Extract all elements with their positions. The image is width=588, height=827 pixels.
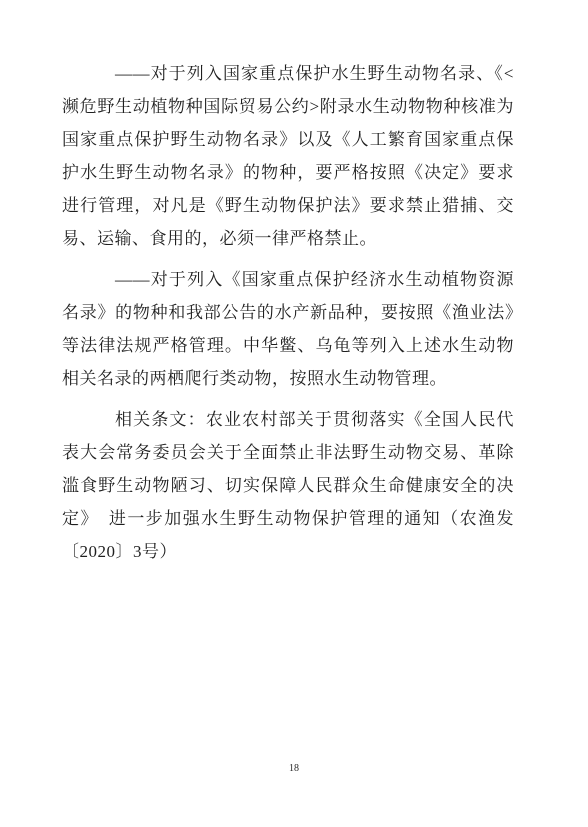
paragraph-protected-species-list: ——对于列入国家重点保护水生野生动物名录、《<濒危野生动植物种国际贸易公约>附录… xyxy=(62,57,514,255)
paragraph-related-provisions: 相关条文：农业农村部关于贯彻落实《全国人民代表大会常务委员会关于全面禁止非法野生… xyxy=(62,403,514,568)
page-number: 18 xyxy=(0,763,588,774)
document-page: ——对于列入国家重点保护水生野生动物名录、《<濒危野生动植物种国际贸易公约>附录… xyxy=(0,0,588,827)
body-text: ——对于列入国家重点保护水生野生动物名录、《<濒危野生动植物种国际贸易公约>附录… xyxy=(62,57,514,576)
paragraph-economic-species-list: ——对于列入《国家重点保护经济水生动植物资源名录》的物种和我部公告的水产新品种，… xyxy=(62,263,514,395)
